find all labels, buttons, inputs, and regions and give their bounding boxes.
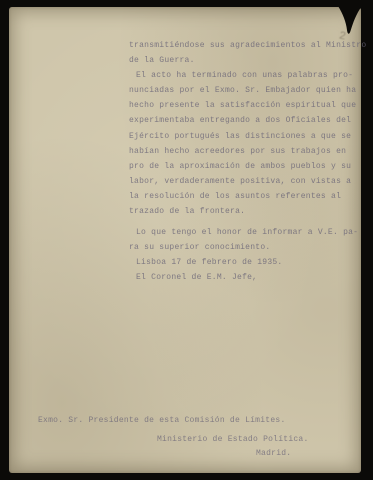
typewritten-line: transmitiéndose sus agradecimientos al M… (129, 41, 367, 56)
typewritten-line: nunciadas por el Exmo. Sr. Embajador qui… (129, 86, 367, 101)
typewritten-line: Lisboa 17 de febrero de 1935. (129, 258, 367, 273)
ministry-line: Ministerio de Estado Política. (157, 435, 309, 444)
addressee-line: Exmo. Sr. Presidente de esta Comisión de… (38, 416, 286, 425)
typewritten-line: Ejército portugués las distinciones a qu… (129, 132, 367, 147)
typewritten-line: de la Guerra. (129, 56, 367, 71)
typewritten-line: Lo que tengo el honor de informar a V.E.… (129, 228, 367, 243)
typewritten-line: ra su superior conocimiento. (129, 243, 367, 258)
typewritten-line: experimentaba entregando a dos Oficiales… (129, 116, 367, 131)
scan-background: 2 transmitiéndose sus agradecimientos al… (0, 0, 373, 480)
letter-paper: 2 transmitiéndose sus agradecimientos al… (9, 7, 361, 473)
typewritten-line: pro de la aproximación de ambos pueblos … (129, 162, 367, 177)
letter-body: transmitiéndose sus agradecimientos al M… (129, 41, 367, 289)
typewritten-line: El acto ha terminado con unas palabras p… (129, 71, 367, 86)
typewritten-line: labor, verdaderamente positiva, con vist… (129, 177, 367, 192)
typewritten-line: hecho presente la satisfacción espiritua… (129, 101, 367, 116)
city-line: Madrid. (256, 449, 291, 458)
typewritten-line: la resolución de los asuntos referentes … (129, 192, 367, 207)
typewritten-line: El Coronel de E.M. Jefe, (129, 273, 367, 288)
typewritten-line: habían hecho acreedores por sus trabajos… (129, 147, 367, 162)
typewritten-line: trazado de la frontera. (129, 207, 367, 222)
